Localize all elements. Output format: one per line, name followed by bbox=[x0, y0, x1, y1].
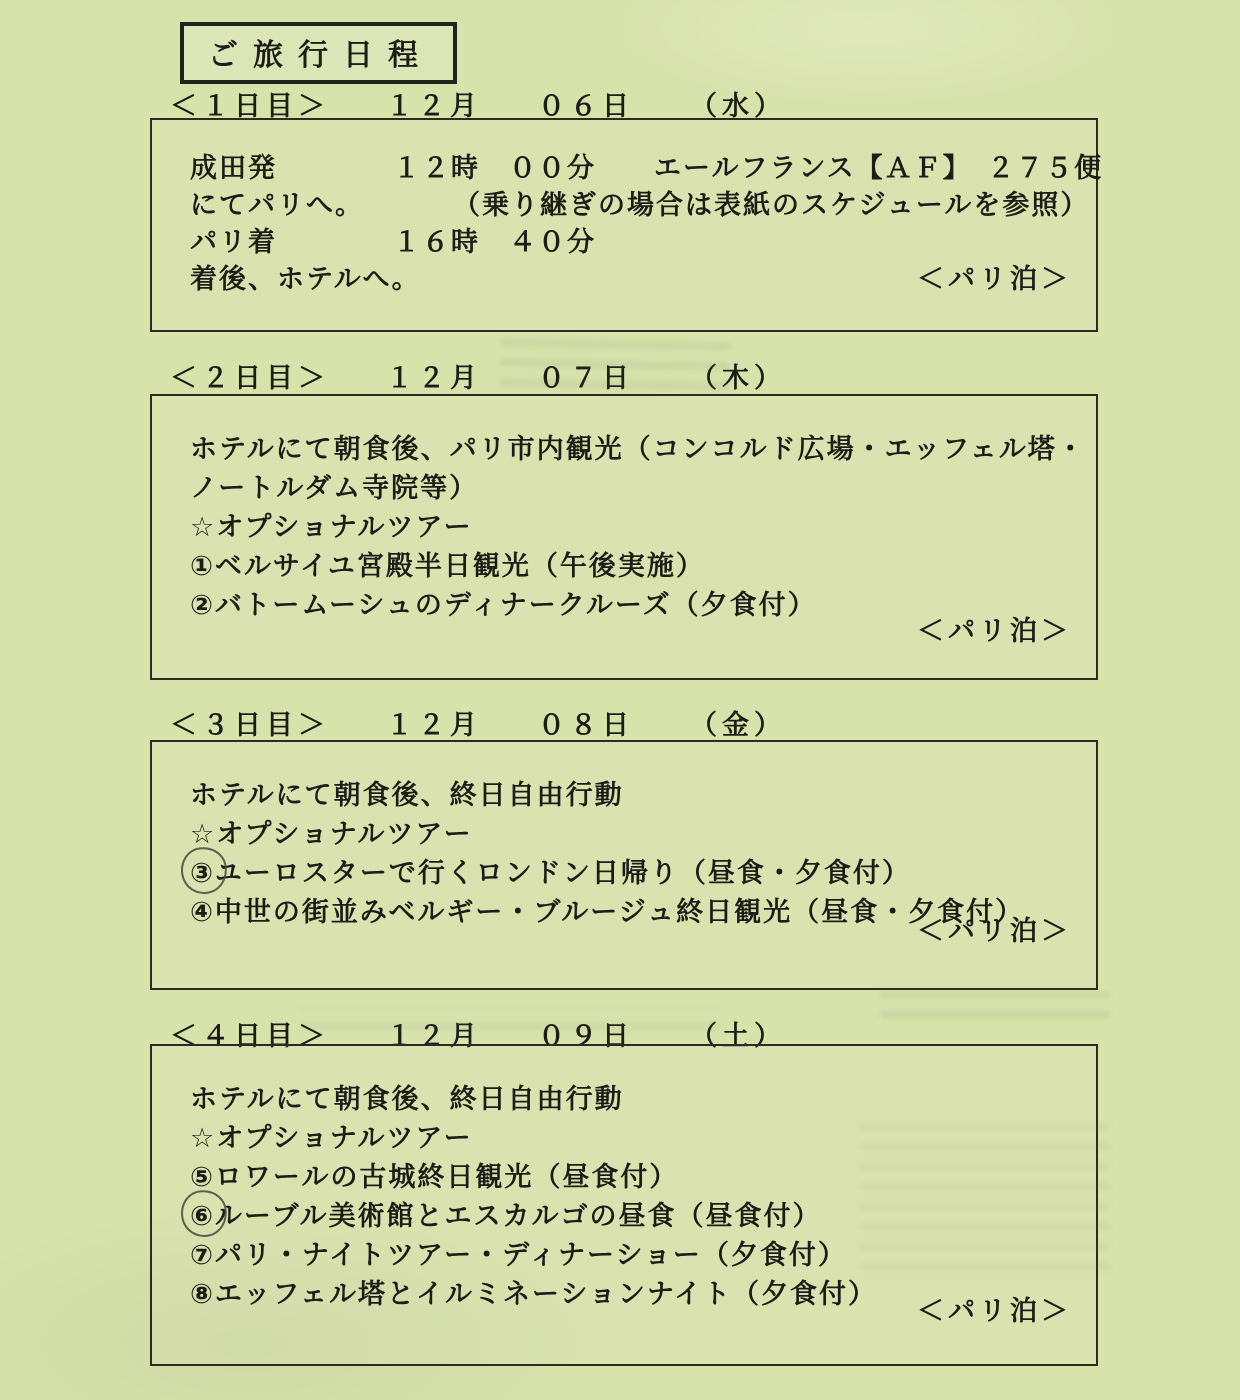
itinerary-line: にてパリへ。 （乗り継ぎの場合は表紙のスケジュールを参照） bbox=[190, 187, 1076, 224]
itinerary-line: パリ着 １６時 ４０分 bbox=[190, 224, 1076, 261]
day-3-weekday: （金） bbox=[690, 703, 786, 742]
day-2-header: ＜２日目＞ １２月 ０７日 （木） bbox=[170, 356, 786, 395]
itinerary-line: ⑥ルーブル美術館とエスカルゴの昼食（昼食付） bbox=[190, 1197, 1076, 1236]
itinerary-page: ご旅行日程 ＜１日目＞ １２月 ０６日 （水） 成田発 １２時 ００分 エールフ… bbox=[0, 0, 1240, 1400]
day-2-lines: ホテルにて朝食後、パリ市内観光（コンコルド広場・エッフェル塔・ノートルダム寺院等… bbox=[152, 396, 1096, 625]
bleedthrough-artifact bbox=[880, 992, 1110, 1018]
day-2-box: ホテルにて朝食後、パリ市内観光（コンコルド広場・エッフェル塔・ノートルダム寺院等… bbox=[150, 394, 1098, 680]
itinerary-line: ①ベルサイユ宮殿半日観光（午後実施） bbox=[190, 547, 1076, 586]
handwritten-circle-annotation: ③ bbox=[190, 854, 215, 893]
itinerary-line: ☆オプショナルツアー bbox=[190, 1119, 1076, 1158]
day-2-weekday: （木） bbox=[690, 356, 786, 395]
day-4-box: ホテルにて朝食後、終日自由行動☆オプショナルツアー⑤ロワールの古城終日観光（昼食… bbox=[150, 1044, 1098, 1366]
day-2-stay-label: ＜パリ泊＞ bbox=[917, 609, 1072, 648]
day-2-month: １２月 bbox=[386, 356, 482, 395]
day-4-lines: ホテルにて朝食後、終日自由行動☆オプショナルツアー⑤ロワールの古城終日観光（昼食… bbox=[152, 1046, 1096, 1314]
itinerary-line: ☆オプショナルツアー bbox=[190, 815, 1076, 854]
itinerary-line: ノートルダム寺院等） bbox=[190, 469, 1076, 508]
itinerary-line: ☆オプショナルツアー bbox=[190, 508, 1076, 547]
itinerary-line: ホテルにて朝食後、終日自由行動 bbox=[190, 776, 1076, 815]
itinerary-line: 成田発 １２時 ００分 エールフランス【ＡＦ】 ２７５便 bbox=[190, 150, 1076, 187]
itinerary-line: ホテルにて朝食後、終日自由行動 bbox=[190, 1080, 1076, 1119]
day-3-date: ０８日 bbox=[538, 703, 634, 742]
day-3-stay-label: ＜パリ泊＞ bbox=[917, 909, 1072, 948]
day-3-month: １２月 bbox=[386, 703, 482, 742]
day-2-date: ０７日 bbox=[538, 356, 634, 395]
day-2-label: ＜２日目＞ bbox=[170, 356, 330, 395]
day-3-header: ＜３日目＞ １２月 ０８日 （金） bbox=[170, 703, 786, 742]
itinerary-line: ⑤ロワールの古城終日観光（昼食付） bbox=[190, 1158, 1076, 1197]
day-3-label: ＜３日目＞ bbox=[170, 703, 330, 742]
page-title: ご旅行日程 bbox=[180, 22, 457, 84]
day-3-lines: ホテルにて朝食後、終日自由行動☆オプショナルツアー③ユーロスターで行くロンドン日… bbox=[152, 742, 1096, 932]
day-1-stay-label: ＜パリ泊＞ bbox=[917, 257, 1072, 296]
day-1-box: 成田発 １２時 ００分 エールフランス【ＡＦ】 ２７５便にてパリへ。 （乗り継ぎ… bbox=[150, 118, 1098, 332]
handwritten-circle-annotation: ⑥ bbox=[190, 1197, 215, 1236]
itinerary-line: ③ユーロスターで行くロンドン日帰り（昼食・夕食付） bbox=[190, 854, 1076, 893]
page-title-text: ご旅行日程 bbox=[208, 38, 433, 73]
itinerary-line: ⑦パリ・ナイトツアー・ディナーショー（夕食付） bbox=[190, 1236, 1076, 1275]
day-3-box: ホテルにて朝食後、終日自由行動☆オプショナルツアー③ユーロスターで行くロンドン日… bbox=[150, 740, 1098, 990]
itinerary-line: ホテルにて朝食後、パリ市内観光（コンコルド広場・エッフェル塔・ bbox=[190, 430, 1076, 469]
day-4-stay-label: ＜パリ泊＞ bbox=[917, 1289, 1072, 1328]
